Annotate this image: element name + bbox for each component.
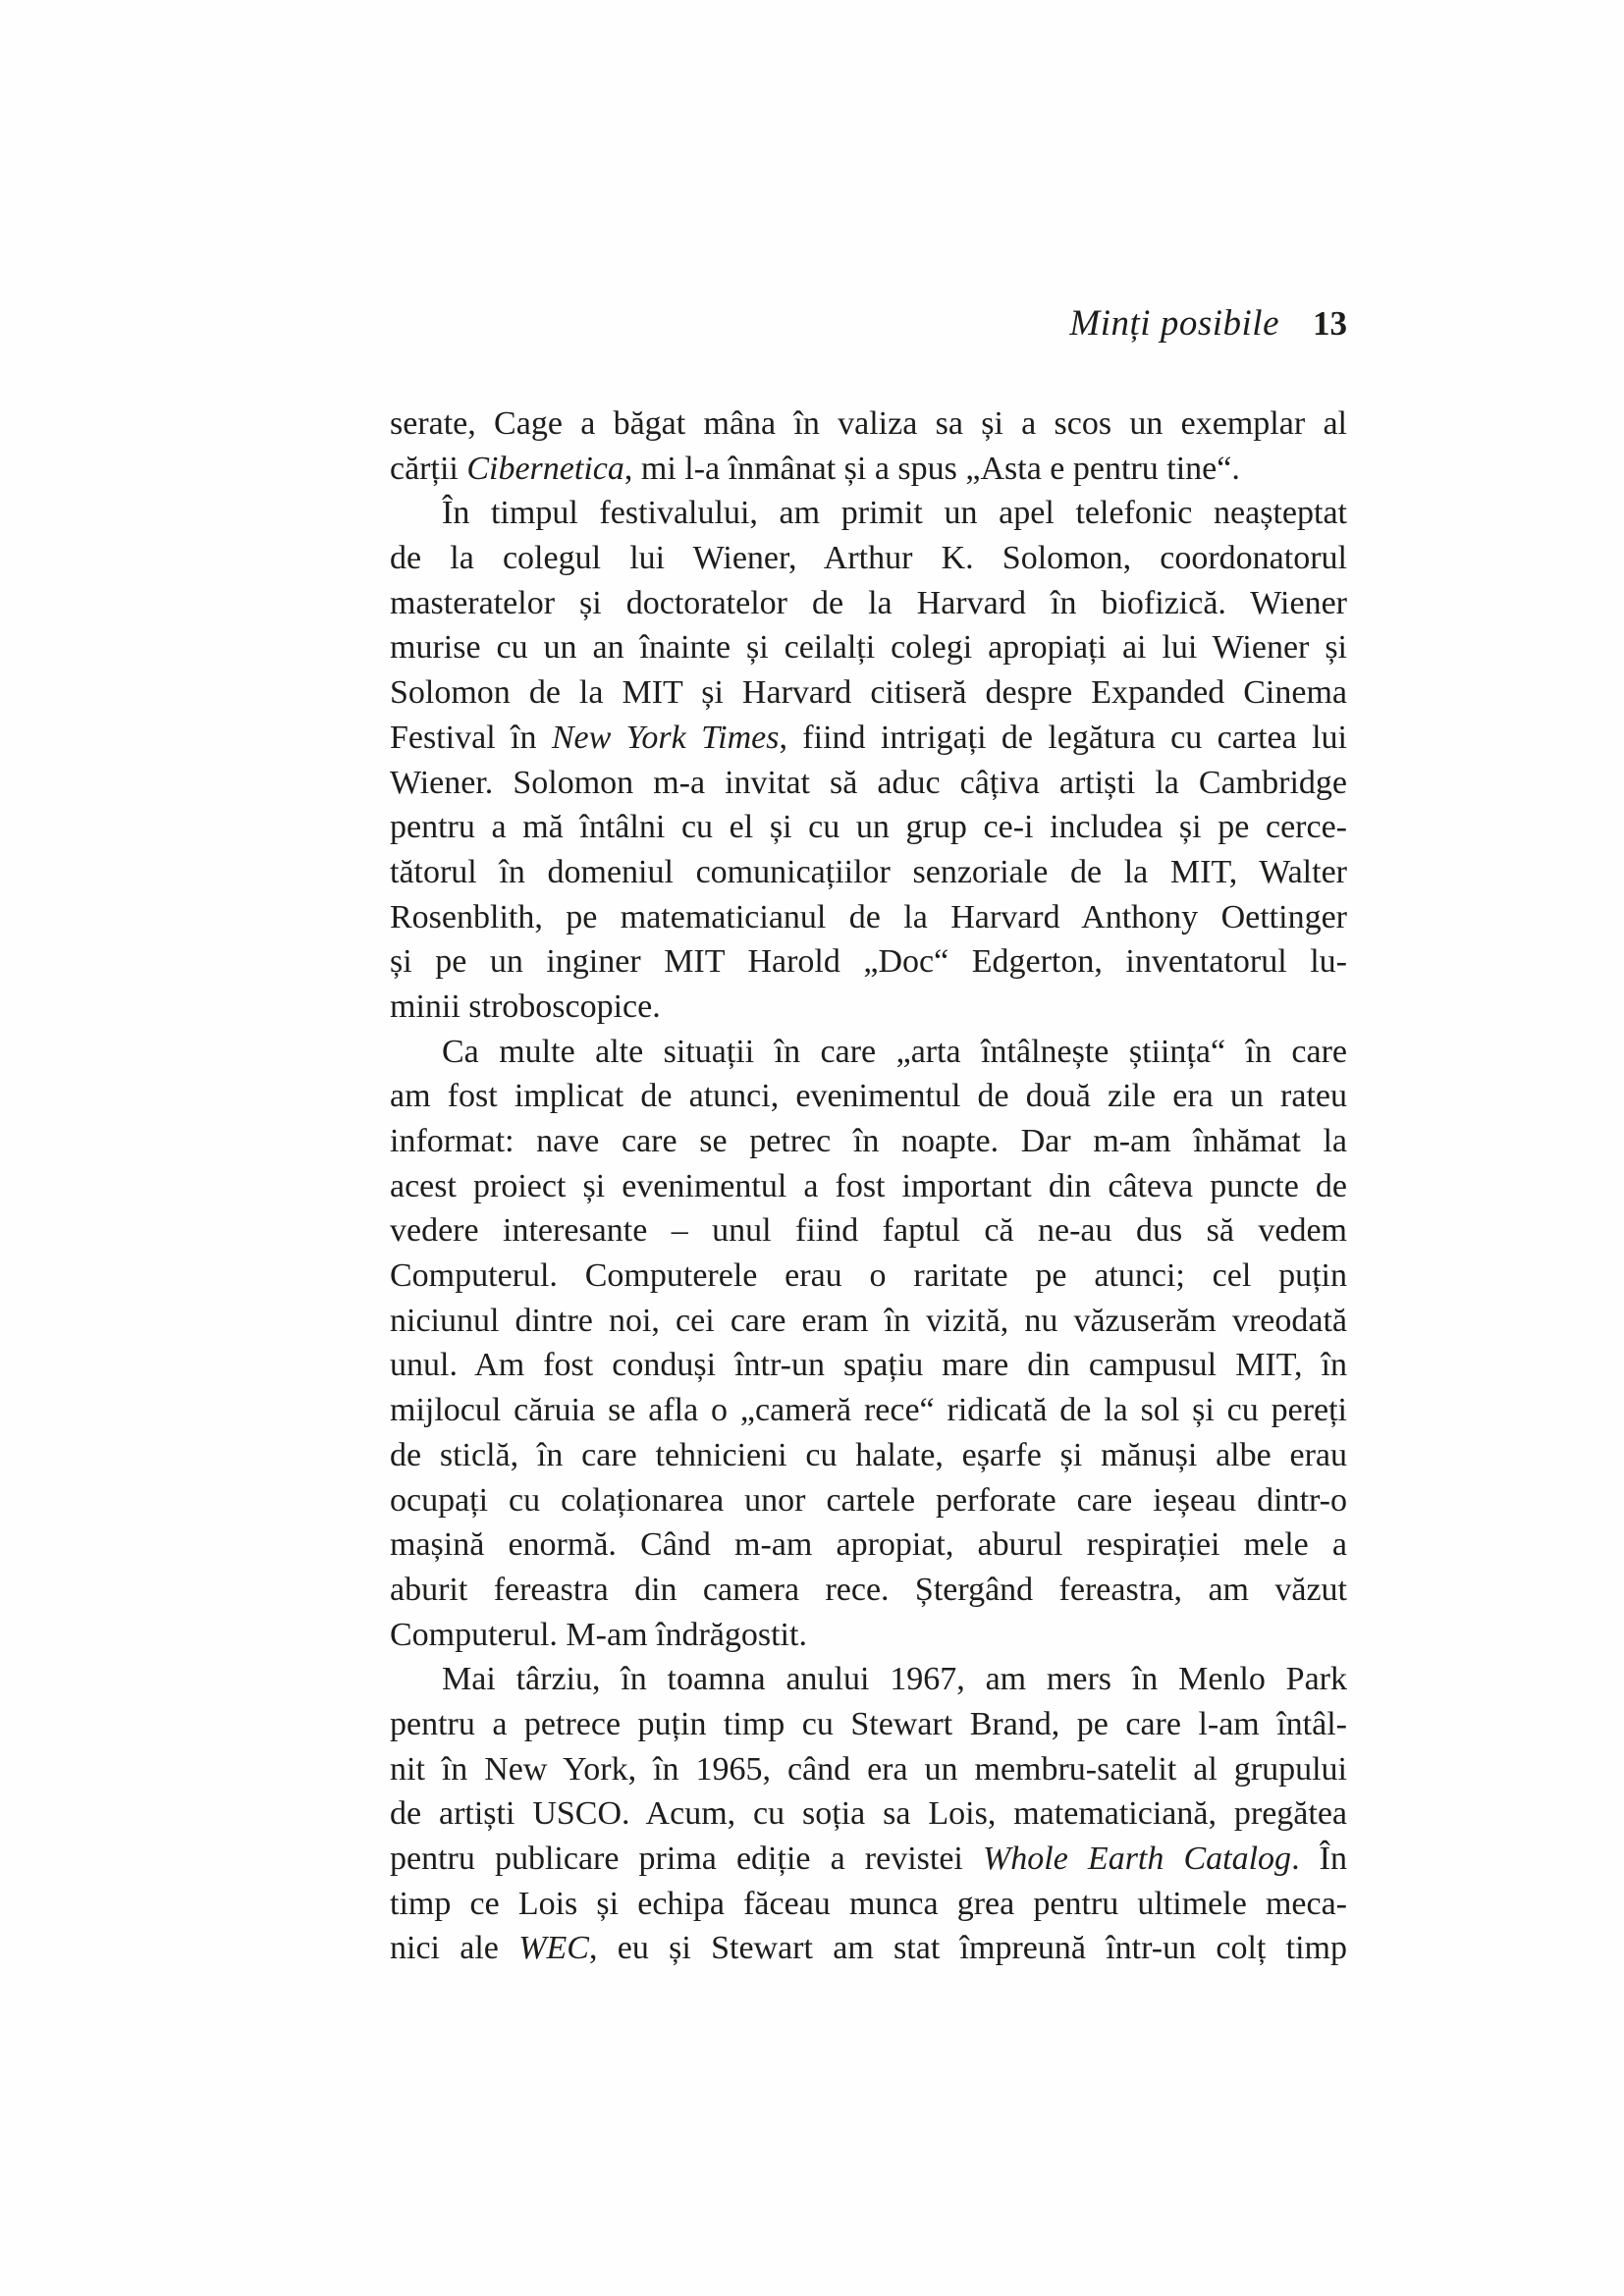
text-line: pentru a mă întâlni cu el și cu un grup … bbox=[390, 805, 1347, 850]
text-segment: timp ce Lois și echipa făceau munca grea… bbox=[390, 1886, 1347, 1922]
text-line: și pe un inginer MIT Harold „Doc“ Edgert… bbox=[390, 939, 1347, 985]
text-line: pentru publicare prima ediție a revistei… bbox=[390, 1837, 1347, 1882]
text-segment: murise cu un an înainte și ceilalți cole… bbox=[390, 629, 1347, 666]
text-segment: pentru publicare prima ediție a revistei bbox=[390, 1841, 983, 1877]
text-line: tătorul în domeniul comunicațiilor senzo… bbox=[390, 850, 1347, 895]
text-segment: , eu și Stewart am stat împreună într-un… bbox=[589, 1930, 1347, 1966]
italic-text: WEC bbox=[518, 1930, 589, 1966]
text-line: acest proiect și evenimentul a fost impo… bbox=[390, 1164, 1347, 1209]
text-segment: nici ale bbox=[390, 1930, 518, 1966]
text-line: de la colegul lui Wiener, Arthur K. Solo… bbox=[390, 536, 1347, 581]
text-segment: În timpul festivalului, am primit un ape… bbox=[442, 495, 1347, 531]
text-segment: Ca multe alte situații în care „arta înt… bbox=[442, 1034, 1347, 1070]
text-line: de sticlă, în care tehnicieni cu halate,… bbox=[390, 1433, 1347, 1478]
text-segment: de la colegul lui Wiener, Arthur K. Solo… bbox=[390, 540, 1347, 576]
text-segment: aburit fereastra din camera rece. Ștergâ… bbox=[390, 1572, 1347, 1608]
text-segment: Rosenblith, pe matematicianul de la Harv… bbox=[390, 899, 1347, 935]
text-line: vedere interesante – unul fiind faptul c… bbox=[390, 1208, 1347, 1254]
text-line: nit în New York, în 1965, când era un me… bbox=[390, 1747, 1347, 1792]
text-segment: tătorul în domeniul comunicațiilor senzo… bbox=[390, 854, 1347, 890]
text-segment: Computerul. M-am îndrăgostit. bbox=[390, 1617, 807, 1653]
text-line: nici ale WEC, eu și Stewart am stat împr… bbox=[390, 1926, 1347, 1971]
text-segment: Mai târziu, în toamna anului 1967, am me… bbox=[442, 1661, 1347, 1697]
text-line: mașină enormă. Când m-am apropiat, aburu… bbox=[390, 1522, 1347, 1568]
italic-text: Whole Earth Catalog bbox=[983, 1841, 1291, 1877]
text-line: pentru a petrece puțin timp cu Stewart B… bbox=[390, 1702, 1347, 1747]
text-segment: pentru a mă întâlni cu el și cu un grup … bbox=[390, 809, 1347, 845]
text-segment: cărții bbox=[390, 451, 466, 487]
text-line: niciunul dintre noi, cei care eram în vi… bbox=[390, 1299, 1347, 1344]
text-line: serate, Cage a băgat mâna în valiza sa ș… bbox=[390, 401, 1347, 447]
text-segment: am fost implicat de atunci, evenimentul … bbox=[390, 1078, 1347, 1114]
text-segment: mașină enormă. Când m-am apropiat, aburu… bbox=[390, 1526, 1347, 1563]
text-line: minii stroboscopice. bbox=[390, 985, 1347, 1030]
body-text: serate, Cage a băgat mâna în valiza sa ș… bbox=[390, 401, 1347, 1971]
running-head: Minți posibile13 bbox=[390, 302, 1347, 345]
text-segment: , fiind intrigați de legătura cu cartea … bbox=[779, 720, 1347, 756]
text-line: În timpul festivalului, am primit un ape… bbox=[390, 491, 1347, 536]
text-line: informat: nave care se petrec în noapte.… bbox=[390, 1119, 1347, 1164]
text-line: Ca multe alte situații în care „arta înt… bbox=[390, 1030, 1347, 1075]
text-segment: nit în New York, în 1965, când era un me… bbox=[390, 1751, 1347, 1788]
text-line: masteratelor și doctoratelor de la Harva… bbox=[390, 581, 1347, 626]
paragraph: În timpul festivalului, am primit un ape… bbox=[390, 491, 1347, 1029]
text-segment: mijlocul căruia se afla o „cameră rece“ … bbox=[390, 1392, 1347, 1428]
text-segment: de artiști USCO. Acum, cu soția sa Lois,… bbox=[390, 1795, 1347, 1832]
italic-text: Cibernetica bbox=[466, 451, 624, 487]
text-segment: niciunul dintre noi, cei care eram în vi… bbox=[390, 1303, 1347, 1339]
text-segment: Solomon de la MIT și Harvard citiseră de… bbox=[390, 674, 1347, 711]
paragraph: Ca multe alte situații în care „arta înt… bbox=[390, 1030, 1347, 1658]
text-line: unul. Am fost conduși într-un spațiu mar… bbox=[390, 1343, 1347, 1388]
text-segment: Wiener. Solomon m-a invitat să aduc câți… bbox=[390, 765, 1347, 801]
text-segment: minii stroboscopice. bbox=[390, 988, 661, 1025]
text-segment: pentru a petrece puțin timp cu Stewart B… bbox=[390, 1706, 1347, 1742]
text-line: mijlocul căruia se afla o „cameră rece“ … bbox=[390, 1388, 1347, 1433]
text-segment: Festival în bbox=[390, 720, 552, 756]
text-line: Computerul. M-am îndrăgostit. bbox=[390, 1613, 1347, 1658]
text-segment: unul. Am fost conduși într-un spațiu mar… bbox=[390, 1347, 1347, 1383]
text-line: aburit fereastra din camera rece. Ștergâ… bbox=[390, 1568, 1347, 1613]
text-segment: și pe un inginer MIT Harold „Doc“ Edgert… bbox=[390, 943, 1347, 980]
text-line: Mai târziu, în toamna anului 1967, am me… bbox=[390, 1657, 1347, 1702]
italic-text: New York Times bbox=[552, 720, 780, 756]
text-line: am fost implicat de atunci, evenimentul … bbox=[390, 1074, 1347, 1119]
text-segment: vedere interesante – unul fiind faptul c… bbox=[390, 1212, 1347, 1249]
text-segment: , mi l-a înmânat și a spus „Asta e pentr… bbox=[624, 451, 1240, 487]
text-line: de artiști USCO. Acum, cu soția sa Lois,… bbox=[390, 1791, 1347, 1837]
text-segment: Computerul. Computerele erau o raritate … bbox=[390, 1257, 1347, 1294]
text-line: Wiener. Solomon m-a invitat să aduc câți… bbox=[390, 761, 1347, 806]
chapter-title: Minți posibile bbox=[1069, 303, 1279, 344]
text-segment: . În bbox=[1291, 1841, 1347, 1877]
text-segment: de sticlă, în care tehnicieni cu halate,… bbox=[390, 1437, 1347, 1473]
text-segment: informat: nave care se petrec în noapte.… bbox=[390, 1123, 1347, 1159]
text-segment: ocupați cu colaționarea unor cartele per… bbox=[390, 1482, 1347, 1519]
text-line: murise cu un an înainte și ceilalți cole… bbox=[390, 625, 1347, 670]
text-line: cărții Cibernetica, mi l-a înmânat și a … bbox=[390, 447, 1347, 492]
text-segment: acest proiect și evenimentul a fost impo… bbox=[390, 1168, 1347, 1204]
text-segment: masteratelor și doctoratelor de la Harva… bbox=[390, 585, 1347, 621]
text-segment: serate, Cage a băgat mâna în valiza sa ș… bbox=[390, 405, 1347, 442]
text-line: timp ce Lois și echipa făceau munca grea… bbox=[390, 1882, 1347, 1927]
paragraph: serate, Cage a băgat mâna în valiza sa ș… bbox=[390, 401, 1347, 491]
paragraph: Mai târziu, în toamna anului 1967, am me… bbox=[390, 1657, 1347, 1971]
text-line: Festival în New York Times, fiind intrig… bbox=[390, 716, 1347, 761]
text-line: Rosenblith, pe matematicianul de la Harv… bbox=[390, 895, 1347, 940]
text-line: Solomon de la MIT și Harvard citiseră de… bbox=[390, 670, 1347, 716]
book-page: Minți posibile13 serate, Cage a băgat mâ… bbox=[0, 0, 1624, 2296]
text-line: Computerul. Computerele erau o raritate … bbox=[390, 1254, 1347, 1299]
text-line: ocupați cu colaționarea unor cartele per… bbox=[390, 1478, 1347, 1523]
page-number: 13 bbox=[1313, 304, 1347, 343]
